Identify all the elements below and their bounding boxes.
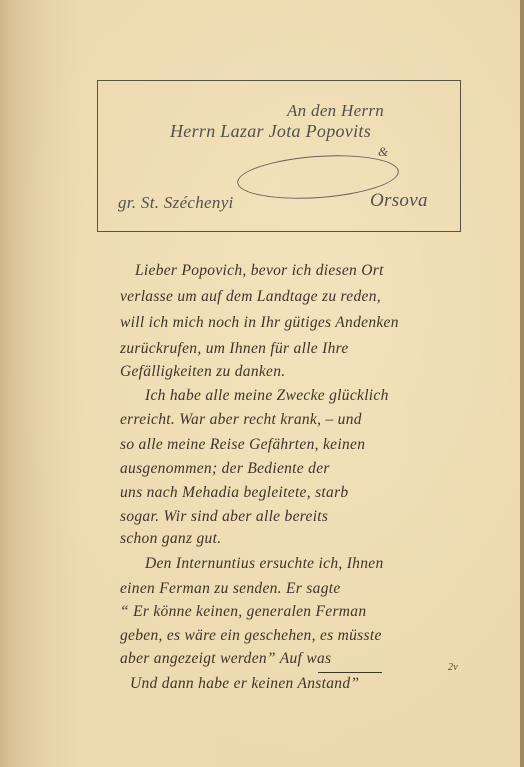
letter-line: “ Er könne keinen, generalen Ferman <box>120 603 366 621</box>
letter-line: zurückrufen, um Ihnen für alle Ihre <box>120 340 349 358</box>
envelope-ampersand: & <box>378 144 388 160</box>
letter-line: verlasse um auf dem Landtage zu reden, <box>120 288 381 306</box>
letter-line: Und dann habe er keinen Anstand” <box>130 675 359 693</box>
letter-line: so alle meine Reise Gefährten, keinen <box>120 436 365 454</box>
letter-line: aber angezeigt werden” Auf was <box>120 650 331 668</box>
envelope-recipient: Herrn Lazar Jota Popovits <box>170 121 371 142</box>
letter-line: schon ganz gut. <box>120 530 221 548</box>
envelope-line-an-den-herrn: An den Herrn <box>287 101 384 121</box>
letter-line: ausgenommen; der Bediente der <box>120 460 330 478</box>
letter-line: Gefälligkeiten zu danken. <box>120 363 285 381</box>
letter-line: Ich habe alle meine Zwecke glücklich <box>145 387 389 405</box>
underline-mark <box>318 672 382 673</box>
page-edge <box>520 0 524 767</box>
letter-line: will ich mich noch in Ihr gütiges Andenk… <box>120 314 399 332</box>
envelope-place: Orsova <box>370 190 428 212</box>
letter-line: geben, es wäre ein geschehen, es müsste <box>120 627 382 645</box>
page-marker: 2v <box>448 662 458 673</box>
letter-line: uns nach Mehadia begleitete, starb <box>120 484 348 502</box>
letter-line: einen Ferman zu senden. Er sagte <box>120 580 341 598</box>
envelope-sender: gr. St. Széchenyi <box>118 193 234 213</box>
letter-line: Den Internuntius ersuchte ich, Ihnen <box>145 555 384 573</box>
letter-line: Lieber Popovich, bevor ich diesen Ort <box>135 262 384 280</box>
letter-line: sogar. Wir sind aber alle bereits <box>120 508 328 526</box>
letter-line: erreicht. War aber recht krank, – und <box>120 411 362 429</box>
